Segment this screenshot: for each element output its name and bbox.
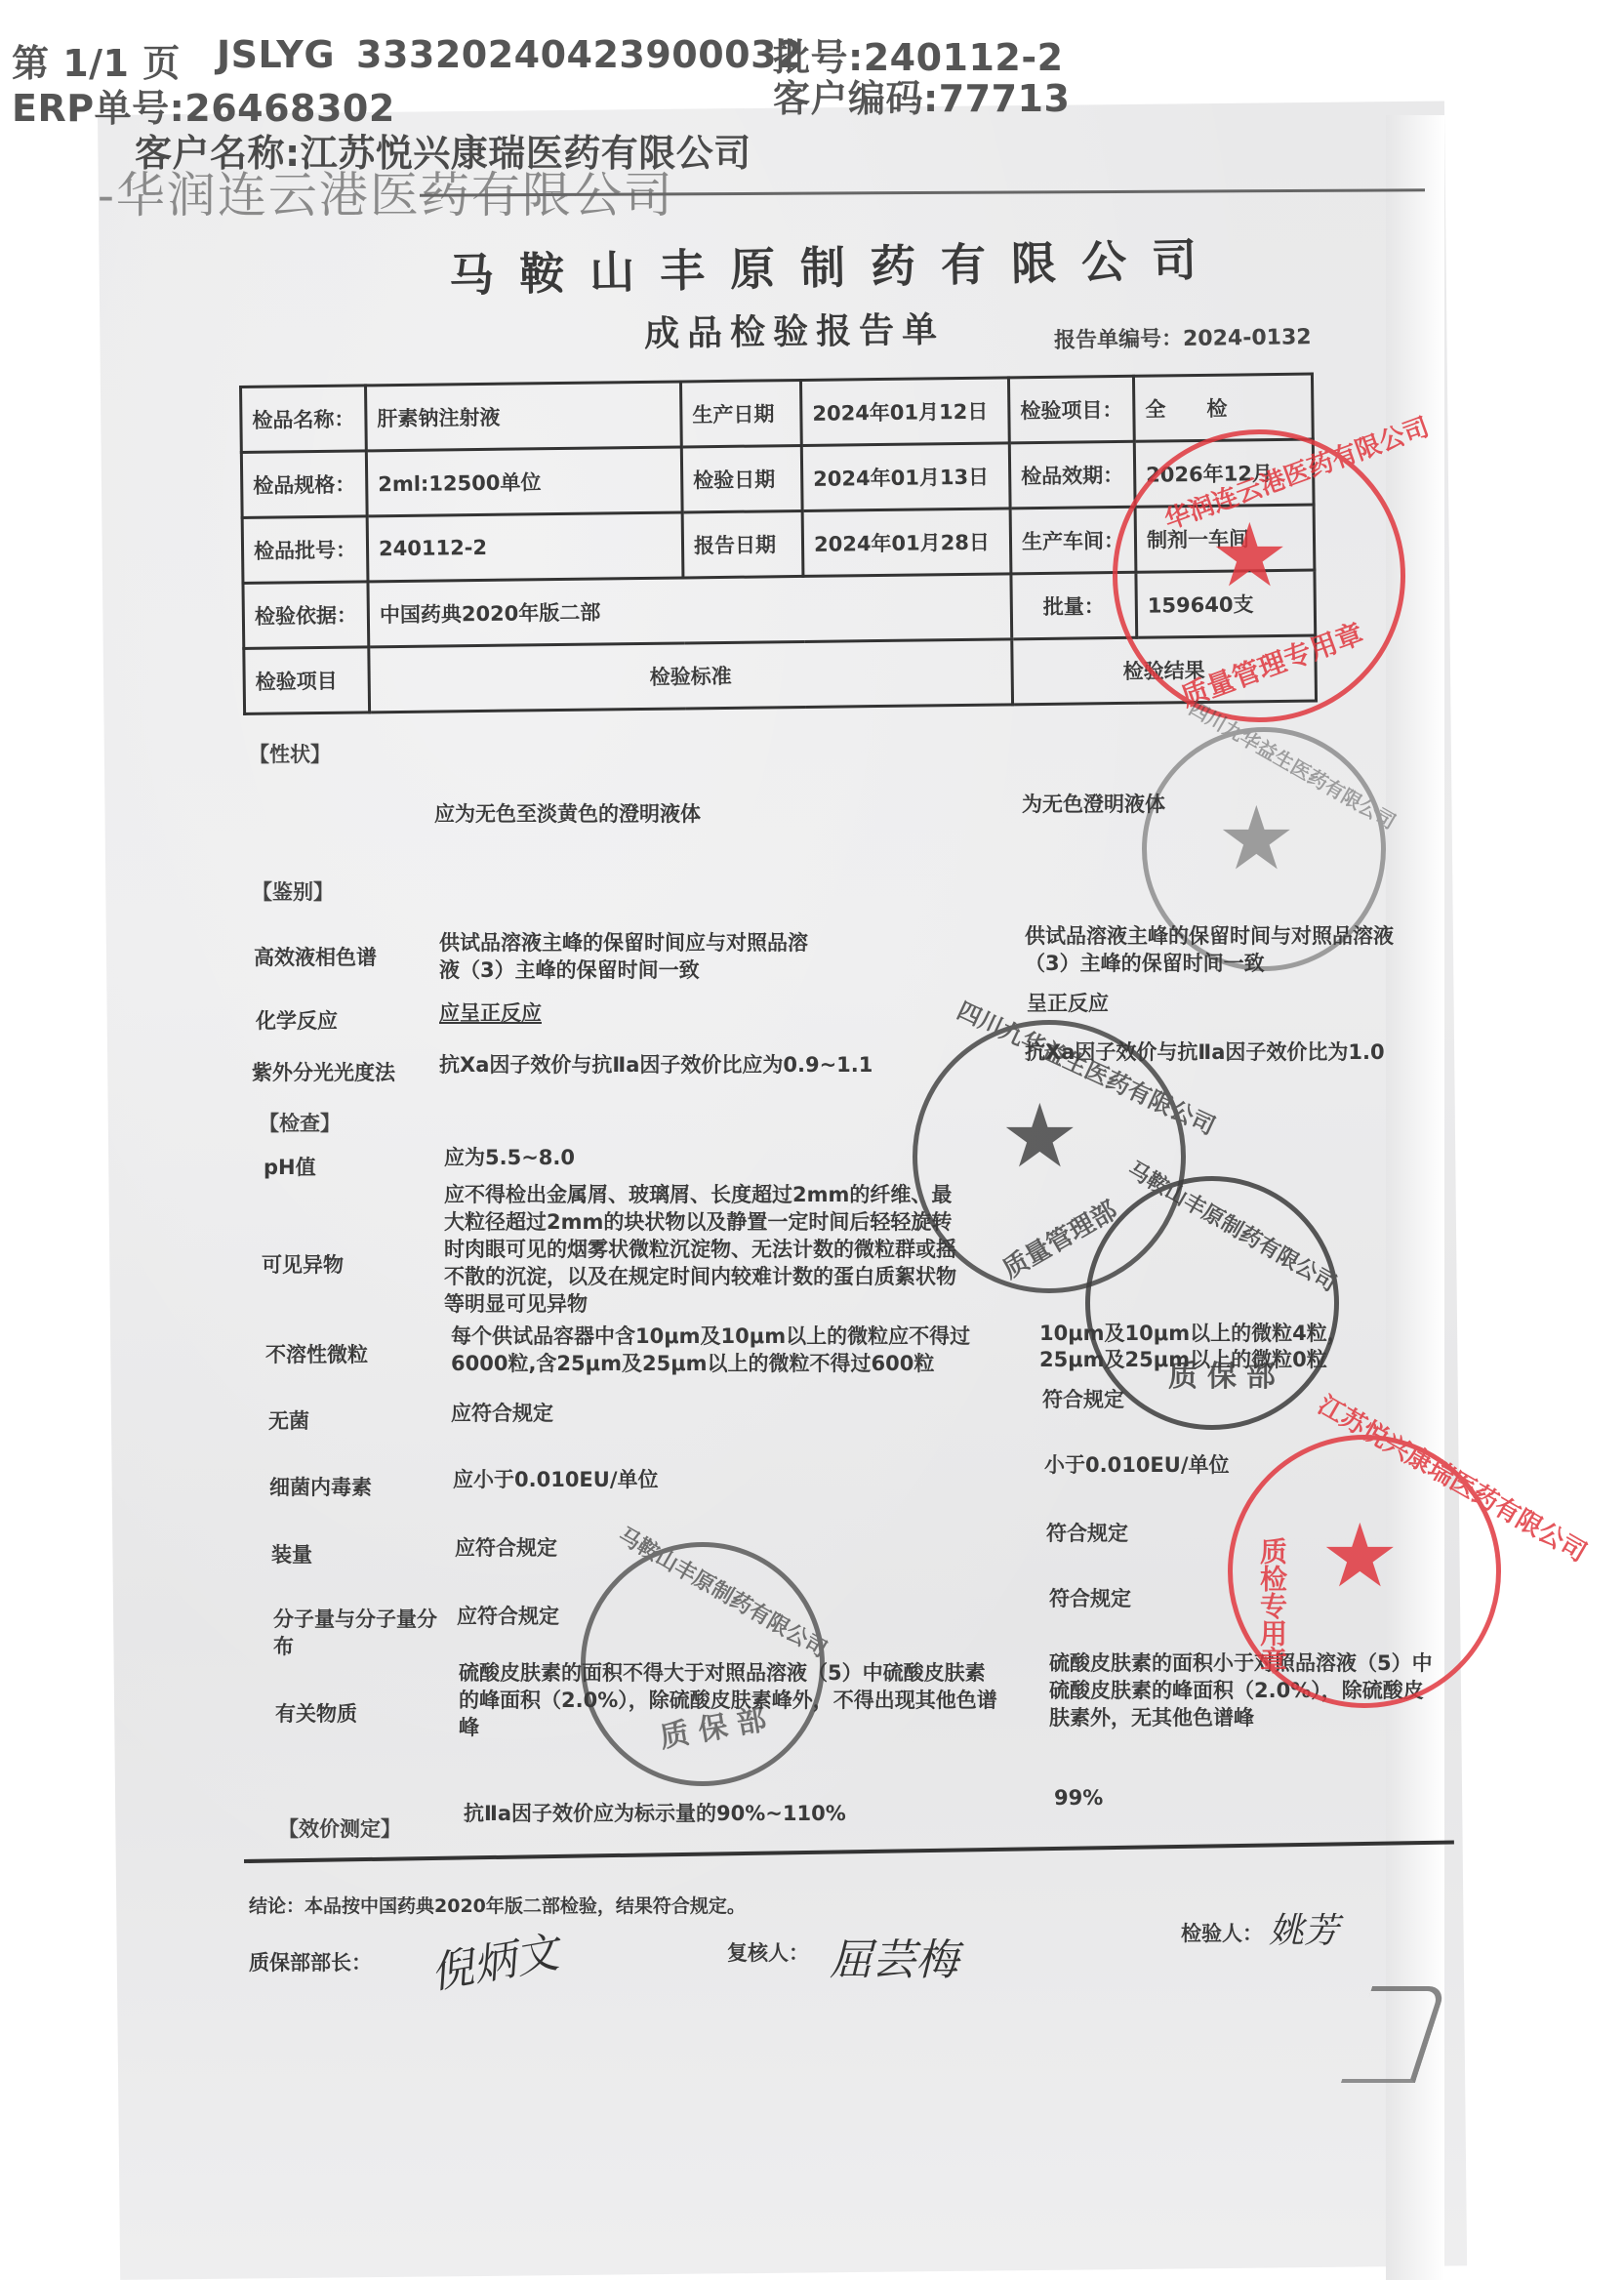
- uv-standard: 抗Ⅹa因子效价与抗Ⅱa因子效价比应为0.9~1.1: [439, 1049, 873, 1079]
- stamp-inner-text: 质保部: [1168, 1352, 1285, 1395]
- uv-item: 紫外分光光度法: [252, 1057, 395, 1086]
- test-scope-label: 检验项目：: [1008, 376, 1134, 443]
- test-date-label: 检验日期: [681, 445, 802, 511]
- stamp-outer-text: 马鞍山丰原制药有限公司: [613, 1520, 832, 1664]
- appearance-result: 为无色澄明液体: [1022, 789, 1165, 818]
- stamp-inner-text: 质保部: [656, 1693, 779, 1756]
- fill-standard: 应符合规定: [455, 1532, 557, 1562]
- sterility-item: 无菌: [268, 1405, 309, 1435]
- report-date: 2024年01月28日: [802, 509, 1011, 577]
- particles-item: 不溶性微粒: [265, 1339, 368, 1368]
- section-assay: 【效价测定】: [278, 1813, 401, 1843]
- assay-standard: 抗Ⅱa因子效价应为标示量的90%~110%: [464, 1798, 846, 1827]
- reviewer-label: 复核人：: [727, 1937, 809, 1967]
- conclusion: 结论：本品按中国药典2020年版二部检验，结果符合规定。: [249, 1892, 746, 1918]
- qa-head-label: 质保部部长：: [249, 1947, 372, 1976]
- batch-number: 240112-2: [367, 512, 683, 582]
- inspection-report-document: 第 1/1 页 JSLYG 33320240423900032 批号:24011…: [0, 0, 1624, 2280]
- report-title: 成品检验报告单: [644, 303, 946, 356]
- qa-dept-stamp-maanshan: 马鞍山丰原制药有限公司 质保部: [1085, 1176, 1339, 1430]
- visible-item: 可见异物: [262, 1249, 344, 1279]
- hplc-item: 高效液相色谱: [254, 942, 377, 971]
- mw-standard: 应符合规定: [457, 1601, 559, 1630]
- related-item: 有关物质: [275, 1698, 357, 1728]
- qa-head-signature: 倪炳文: [425, 1917, 562, 2001]
- inspector-label: 检验人：: [1181, 1918, 1263, 1947]
- star-icon: ★: [1210, 512, 1289, 600]
- mfg-date-label: 生产日期: [680, 380, 801, 446]
- section-appearance: 【性状】: [249, 739, 331, 768]
- basis: 中国药典2020年版二部: [368, 574, 1012, 647]
- mfg-date: 2024年01月12日: [800, 378, 1009, 446]
- spec: 2ml:12500单位: [366, 447, 682, 516]
- ph-item: pH值: [264, 1152, 316, 1181]
- hplc-standard: 供试品溶液主峰的保留时间应与对照品溶液（3）主峰的保留时间一致: [439, 929, 810, 984]
- product-name-label: 检品名称：: [241, 386, 367, 453]
- quality-stamp-red-top: ★ 华润连云港医药有限公司 质量管理专用章: [1113, 429, 1405, 722]
- star-icon: ★: [1320, 1513, 1400, 1601]
- fill-result: 符合规定: [1046, 1518, 1128, 1547]
- inspector-signature: 姚芳: [1269, 1903, 1339, 1953]
- product-name: 肝素钠注射液: [366, 382, 682, 451]
- star-icon: ★: [1217, 795, 1296, 883]
- item-header: 检验项目: [244, 647, 370, 714]
- report-date-label: 报告日期: [682, 510, 803, 577]
- batch-label: 检品批号：: [242, 516, 368, 584]
- footer-divider: [244, 1841, 1454, 1863]
- test-date: 2024年01月13日: [801, 443, 1010, 511]
- chemical-item: 化学反应: [256, 1005, 338, 1035]
- ph-standard: 应为5.5~8.0: [444, 1142, 575, 1171]
- tracking-code: 33320240423900032: [356, 33, 803, 76]
- stamp-inner-text: 质检专用章: [1252, 1537, 1291, 1674]
- endotoxin-result: 小于0.010EU/单位: [1044, 1449, 1230, 1479]
- assay-result: 99%: [1054, 1786, 1103, 1810]
- particles-standard: 每个供试品容器中含10μm及10μm以上的微粒应不得过6000粒,含25μm及2…: [451, 1323, 997, 1377]
- appearance-standard: 应为无色至淡黄色的澄明液体: [434, 798, 701, 828]
- stamp-outer-text: 马鞍山丰原制药有限公司: [1122, 1154, 1342, 1298]
- fill-item: 装量: [271, 1539, 312, 1568]
- section-tests: 【检查】: [259, 1108, 341, 1137]
- standard-header: 检验标准: [369, 639, 1013, 712]
- code-prefix: JSLYG: [217, 33, 335, 76]
- quality-stamp-grey-top: ★ 四川九华益生医药有限公司: [1142, 727, 1386, 971]
- basis-label: 检验依据：: [243, 582, 369, 649]
- mw-result: 符合规定: [1049, 1583, 1131, 1612]
- visible-standard: 应不得检出金属屑、玻璃屑、长度超过2mm的纤维、最大粒径超过2mm的块状物以及静…: [444, 1181, 971, 1318]
- sterility-result: 符合规定: [1042, 1384, 1124, 1413]
- spec-label: 检品规格：: [241, 451, 367, 518]
- distributor-watermark: -华润连云港医药有限公司: [98, 156, 674, 226]
- quality-stamp-red-bottom: ★ 江苏悦兴康瑞医药有限公司 质检专用章: [1228, 1435, 1501, 1708]
- endotoxin-standard: 应小于0.010EU/单位: [453, 1464, 659, 1493]
- expiry-label: 检品效期：: [1009, 441, 1135, 509]
- sterility-standard: 应符合规定: [451, 1398, 553, 1427]
- star-icon: ★: [1000, 1093, 1079, 1181]
- company-name: 马鞍山丰原制药有限公司: [448, 224, 1222, 305]
- chemical-standard: 应呈正反应: [439, 997, 542, 1027]
- chemical-result: 呈正反应: [1027, 988, 1109, 1017]
- report-number: 报告单编号：2024-0132: [1054, 320, 1312, 354]
- customer-code: 客户编码:77713: [773, 68, 1070, 122]
- section-identification: 【鉴别】: [252, 876, 334, 906]
- mw-item: 分子量与分子量分布: [273, 1606, 439, 1660]
- reviewer-signature: 屈芸梅: [830, 1925, 958, 1987]
- corner-mark: [1341, 1986, 1446, 2083]
- qa-dept-stamp-bottom: 马鞍山丰原制药有限公司 质保部: [581, 1542, 825, 1786]
- endotoxin-item: 细菌内毒素: [269, 1472, 372, 1501]
